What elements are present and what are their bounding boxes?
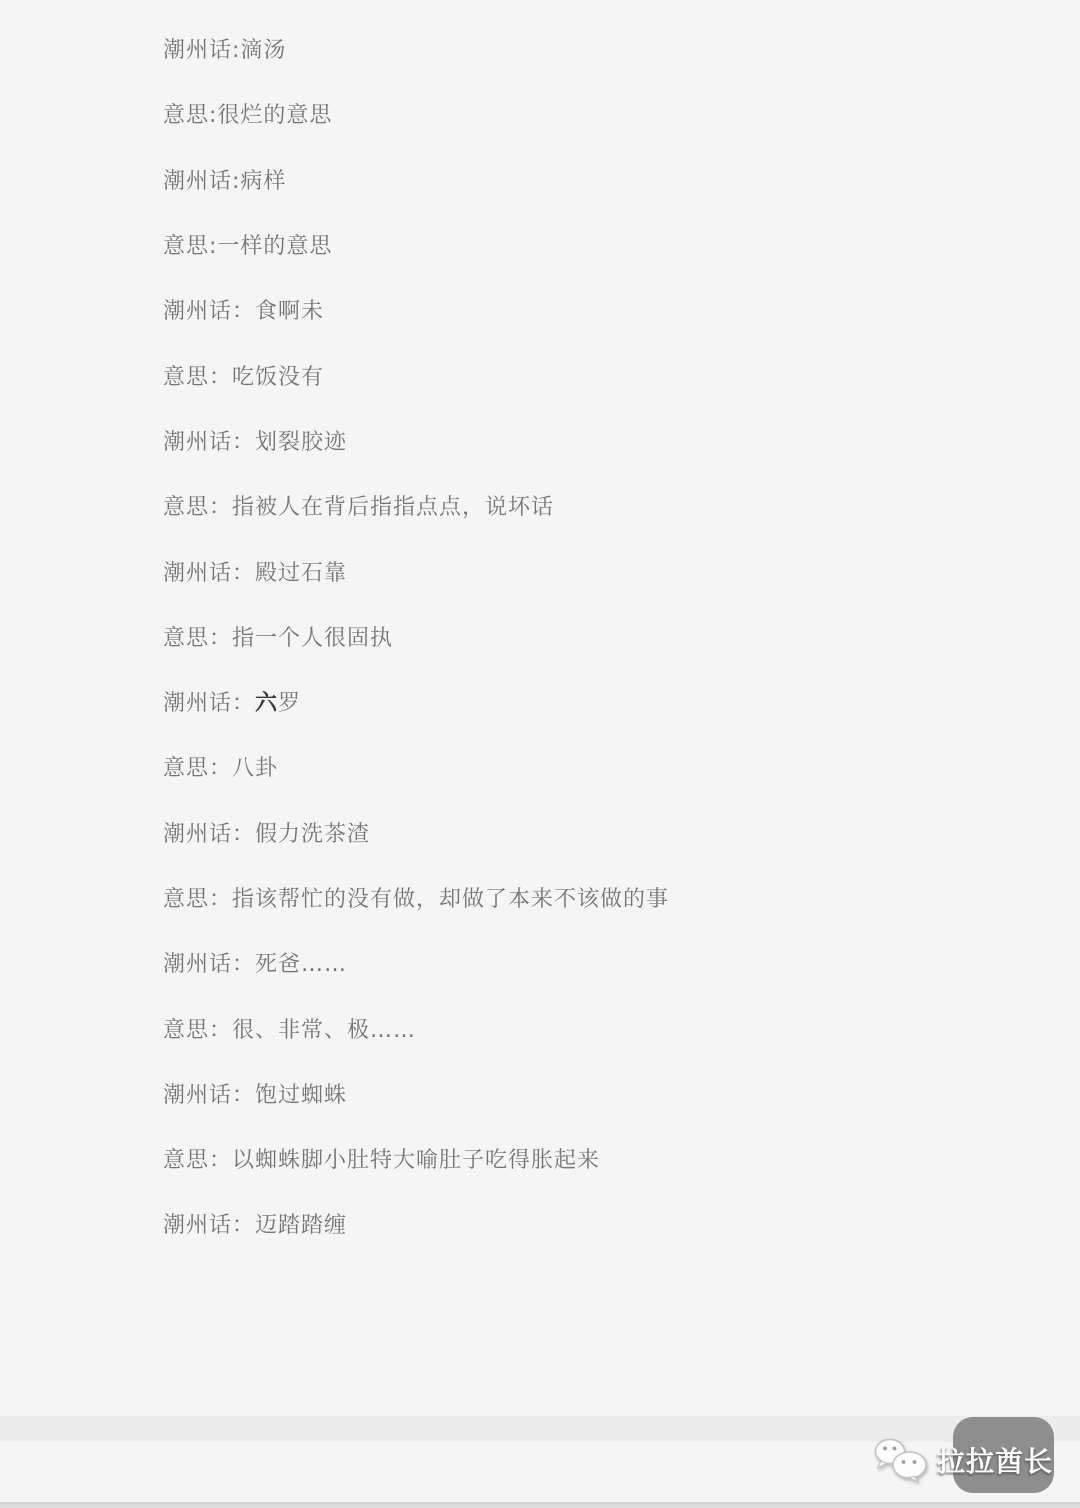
bottom-strip <box>0 1502 1080 1508</box>
text-segment: 潮州话：殿过石靠 <box>163 556 347 587</box>
meaning-line: 意思：吃饭没有 <box>0 342 1080 407</box>
text-segment: 意思：八卦 <box>163 751 278 782</box>
dialect-line: 潮州话：划裂胶迹 <box>0 408 1080 473</box>
text-segment: 潮州话：迈踏踏缠 <box>163 1208 347 1239</box>
meaning-line: 意思：指被人在背后指指点点，说坏话 <box>0 473 1080 538</box>
text-segment: 潮州话：假力洗茶渣 <box>163 817 370 848</box>
text-segment: 意思：指一个人很固执 <box>163 621 393 652</box>
text-segment: 意思：以蜘蛛脚小肚特大喻肚子吃得胀起来 <box>163 1143 600 1174</box>
text-segment: 潮州话： <box>163 686 255 717</box>
text-segment: 意思:很烂的意思 <box>163 98 332 129</box>
phrase-list: 潮州话:滴汤意思:很烂的意思潮州话:病样意思:一样的意思潮州话：食啊未意思：吃饭… <box>0 16 1080 1257</box>
meaning-line: 意思：指该帮忙的没有做，却做了本来不该做的事 <box>0 865 1080 930</box>
text-segment: 罗 <box>278 686 301 717</box>
meaning-line: 意思：八卦 <box>0 734 1080 799</box>
bold-text-segment: 六 <box>255 686 278 717</box>
meaning-line: 意思：以蜘蛛脚小肚特大喻肚子吃得胀起来 <box>0 1126 1080 1191</box>
watermark: 拉拉酋长 <box>872 1438 1053 1482</box>
dialect-line: 潮州话:滴汤 <box>0 16 1080 81</box>
dialect-line: 潮州话：迈踏踏缠 <box>0 1191 1080 1256</box>
text-segment: 意思：很、非常、极…… <box>163 1013 416 1044</box>
dialect-line: 潮州话：饱过蜘蛛 <box>0 1061 1080 1126</box>
dialect-line: 潮州话：食啊未 <box>0 277 1080 342</box>
dialect-line: 潮州话:病样 <box>0 147 1080 212</box>
dialect-line: 潮州话：死爸…… <box>0 930 1080 995</box>
text-segment: 潮州话：死爸…… <box>163 947 347 978</box>
text-segment: 意思：指该帮忙的没有做，却做了本来不该做的事 <box>163 882 669 913</box>
wechat-icon <box>872 1437 930 1483</box>
meaning-line: 意思：指一个人很固执 <box>0 604 1080 669</box>
dialect-line: 潮州话：殿过石靠 <box>0 538 1080 603</box>
text-segment: 潮州话：划裂胶迹 <box>163 425 347 456</box>
dialect-line: 潮州话：假力洗茶渣 <box>0 800 1080 865</box>
watermark-label: 拉拉酋长 <box>937 1440 1053 1480</box>
text-segment: 潮州话:滴汤 <box>163 33 286 64</box>
text-segment: 意思:一样的意思 <box>163 229 332 260</box>
text-segment: 意思：指被人在背后指指点点，说坏话 <box>163 490 554 521</box>
text-segment: 潮州话:病样 <box>163 164 286 195</box>
meaning-line: 意思:很烂的意思 <box>0 81 1080 146</box>
text-segment: 潮州话：饱过蜘蛛 <box>163 1078 347 1109</box>
dialect-line: 潮州话：六罗 <box>0 669 1080 734</box>
meaning-line: 意思：很、非常、极…… <box>0 995 1080 1060</box>
text-segment: 意思：吃饭没有 <box>163 360 324 391</box>
text-segment: 潮州话：食啊未 <box>163 294 324 325</box>
meaning-line: 意思:一样的意思 <box>0 212 1080 277</box>
